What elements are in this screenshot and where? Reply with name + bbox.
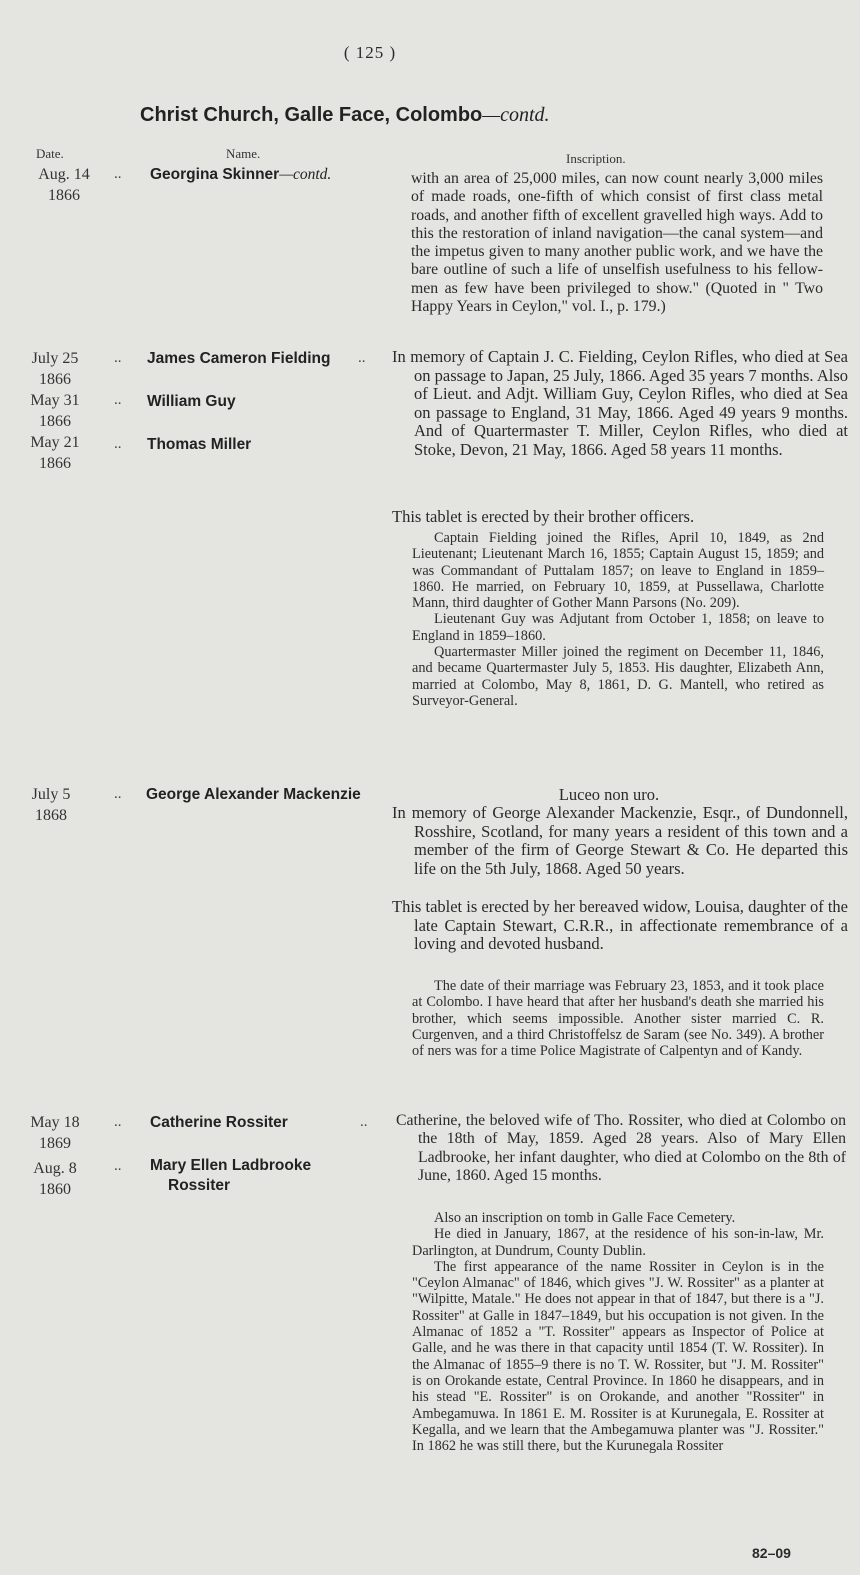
- inscription-text: with an area of 25,000 miles, can now co…: [411, 170, 823, 316]
- column-header-name: Name.: [226, 146, 260, 162]
- entry-dates: May 18 1869 Aug. 8 1860: [22, 1112, 88, 1200]
- leader-dots: ..: [114, 1158, 122, 1175]
- leader-dots: ..: [114, 436, 122, 453]
- entry-name: Rossiter: [168, 1175, 230, 1197]
- leader-dots: ..: [114, 350, 122, 367]
- biographical-notes: Captain Fielding joined the Rifles, Apri…: [412, 530, 824, 709]
- column-header-date: Date.: [36, 146, 64, 162]
- inscription-dedication: This tablet is erected by their brother …: [392, 508, 826, 527]
- printer-signature: 82–09: [752, 1545, 791, 1561]
- page-title: Christ Church, Galle Face, Colombo—contd…: [140, 104, 550, 127]
- entry-date: July 5 1868: [20, 784, 82, 826]
- inscription-text: In memory of Captain J. C. Fielding, Cey…: [392, 348, 848, 459]
- entry-name: James Cameron Fielding: [147, 348, 330, 370]
- entry-name: Georgina Skinner—contd.: [150, 164, 331, 186]
- entry-name: George Alexander Mackenzie: [146, 784, 361, 806]
- entry-name: Thomas Miller: [147, 434, 251, 456]
- leader-dots: ..: [114, 786, 122, 803]
- biographical-notes: The date of their marriage was February …: [412, 978, 824, 1059]
- entry-name: Mary Ellen Ladbrooke: [150, 1155, 311, 1177]
- biographical-notes: Also an inscription on tomb in Galle Fac…: [412, 1210, 824, 1454]
- entry-dates: July 25 1866 May 31 1866 May 21 1866: [20, 348, 90, 474]
- leader-dots: ..: [358, 350, 366, 367]
- motto: Luceo non uro.: [392, 786, 826, 805]
- leader-dots: ..: [114, 392, 122, 409]
- entry-date: Aug. 14 1866: [30, 164, 98, 206]
- entry-name: Catherine Rossiter: [150, 1112, 288, 1134]
- inscription-dedication: This tablet is erected by her bereaved w…: [392, 898, 848, 954]
- inscription-text: Catherine, the beloved wife of Tho. Ross…: [396, 1112, 846, 1185]
- leader-dots: ..: [114, 1114, 122, 1131]
- leader-dots: ..: [360, 1114, 368, 1131]
- entry-name: William Guy: [147, 391, 236, 413]
- leader-dots: ..: [114, 166, 122, 183]
- column-header-inscription: Inscription.: [566, 151, 626, 167]
- inscription-text: In memory of George Alexander Mackenzie,…: [392, 804, 848, 878]
- page-number: ( 125 ): [0, 43, 740, 63]
